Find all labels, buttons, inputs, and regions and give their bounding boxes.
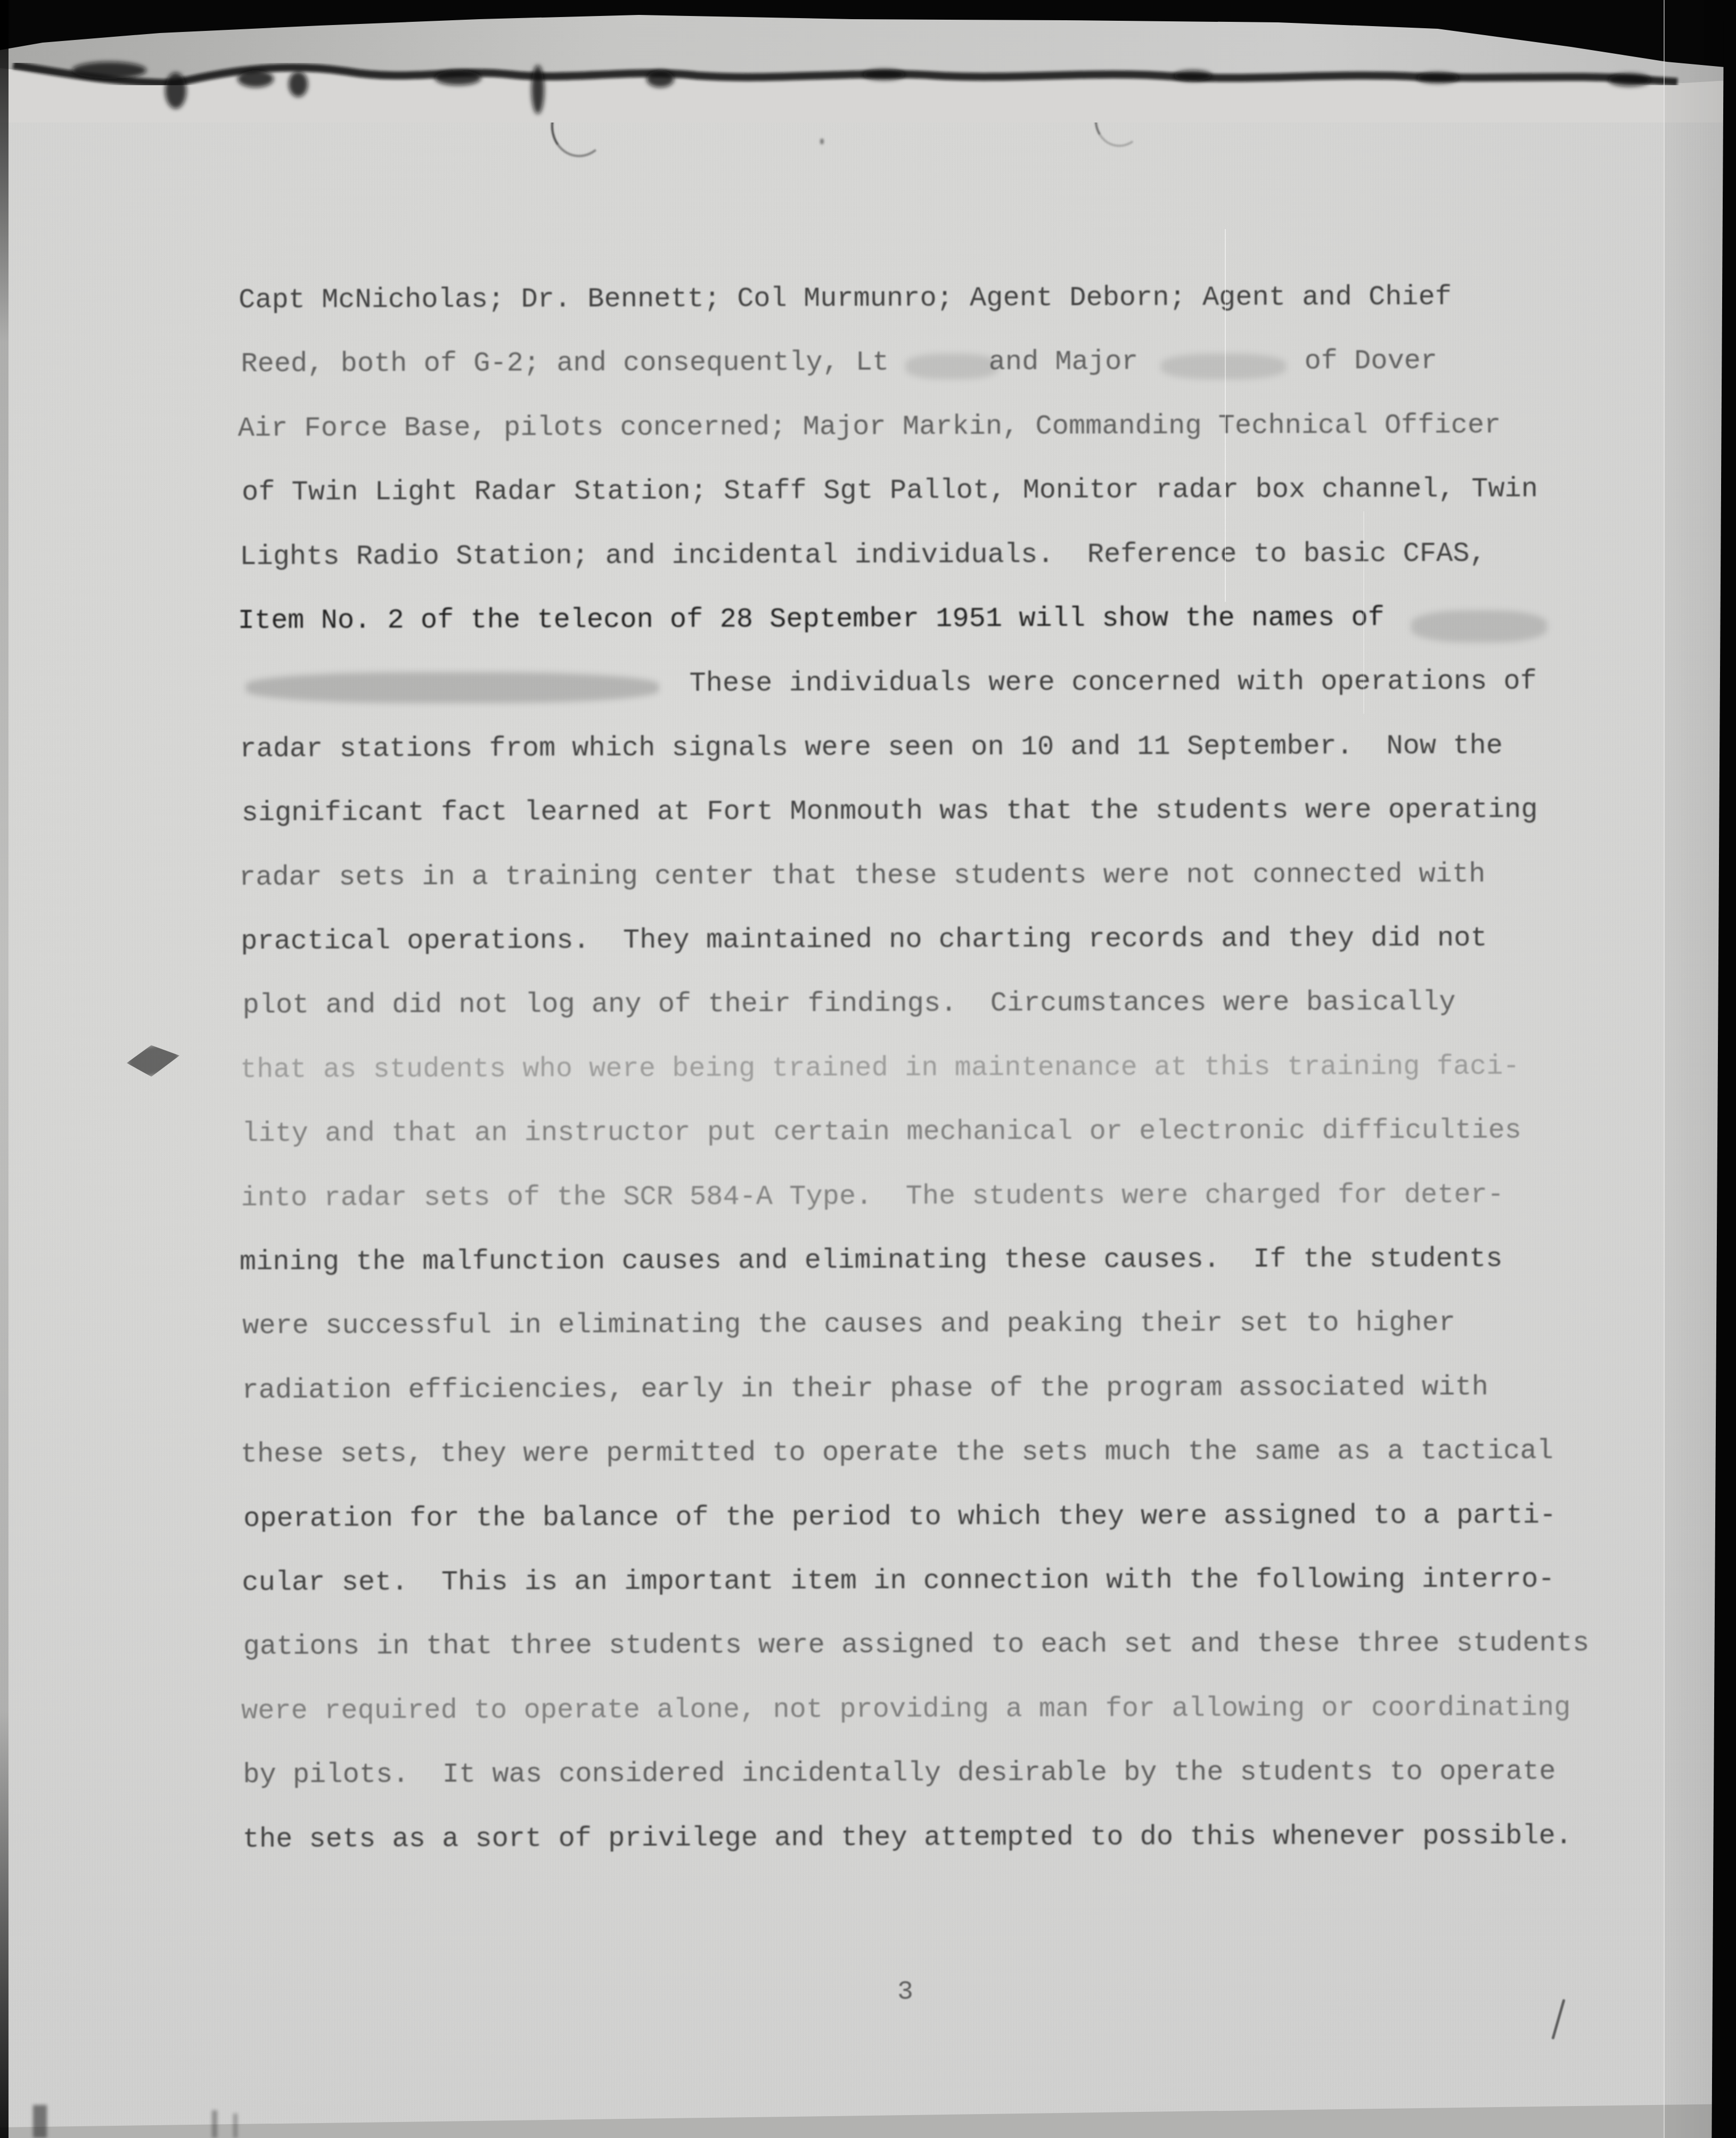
typed-line: significant fact learned at Fort Monmout… — [242, 796, 1538, 827]
typed-line: radiation efficiencies, early in their p… — [242, 1374, 1488, 1405]
faded-ink-smudge — [1411, 610, 1547, 642]
faded-ink-smudge — [246, 672, 659, 703]
typed-line: these sets, they were permitted to opera… — [241, 1438, 1553, 1468]
typed-line: operation for the balance of the period … — [243, 1502, 1556, 1532]
ink-speck — [820, 138, 824, 144]
typed-line: that as students who were being trained … — [240, 1053, 1520, 1084]
torn-paper-top-edge — [0, 0, 1736, 123]
faded-name-smudge — [905, 354, 998, 379]
typed-line: into radar sets of the SCR 584-A Type. T… — [241, 1181, 1504, 1212]
typed-line: cular set. This is an important item in … — [242, 1566, 1554, 1597]
typed-line: Item No. 2 of the telecon of 28 Septembe… — [238, 604, 1385, 635]
bottom-edge-streak — [33, 2105, 47, 2138]
scratch-line — [1225, 229, 1226, 602]
typed-line: the sets as a sort of privilege and they… — [243, 1822, 1573, 1854]
typed-line: gations in that three students were assi… — [243, 1630, 1590, 1661]
typed-line: mining the malfunction causes and elimin… — [240, 1245, 1503, 1276]
scanned-page: Capt McNicholas; Dr. Bennett; Col Murmun… — [0, 0, 1736, 2138]
typed-line: Air Force Base, pilots concerned; Major … — [238, 412, 1501, 443]
scratch-line — [1363, 511, 1364, 714]
bottom-edge-streak — [212, 2110, 217, 2138]
typed-line: lity and that an instructor put certain … — [242, 1117, 1521, 1148]
typed-line: plot and did not log any of their findin… — [242, 989, 1455, 1019]
typed-line: radar sets in a training center that the… — [239, 860, 1486, 891]
typed-line: radar stations from which signals were s… — [240, 732, 1503, 763]
typed-line: of Twin Light Radar Station; Staff Sgt P… — [242, 476, 1538, 507]
typed-line: were required to operate alone, not prov… — [241, 1694, 1571, 1725]
typed-line: Lights Radio Station; and incidental ind… — [240, 540, 1486, 570]
page-number: 3 — [897, 1977, 913, 2008]
typed-line: practical operations. They maintained no… — [241, 925, 1487, 956]
bottom-edge-streak — [233, 2113, 238, 2138]
typed-line: Capt McNicholas; Dr. Bennett; Col Murmun… — [239, 283, 1452, 314]
scanner-black-left-edge — [0, 0, 9, 2138]
typed-line: were successful in eliminating the cause… — [242, 1309, 1455, 1340]
typed-line: by pilots. It was considered incidentall… — [243, 1758, 1555, 1789]
faded-name-smudge — [1161, 354, 1286, 379]
typed-text-block: Capt McNicholas; Dr. Bennett; Col Murmun… — [0, 0, 1736, 2138]
